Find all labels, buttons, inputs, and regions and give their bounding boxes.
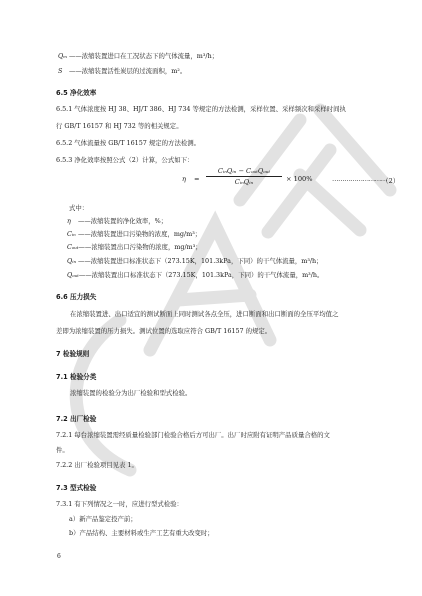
def-text: 浓缩装置进口在工况状态下的气体流量，m³/h； bbox=[82, 52, 218, 60]
def-c-in: Cᵢₙ——浓缩装置进口污染物的浓度，mg/m³； bbox=[67, 230, 201, 239]
def-text: 浓缩装置进口标准状态下（273.15K，101.3kPa，下同）的干气体流量，m… bbox=[91, 257, 323, 265]
def-dash: —— bbox=[78, 217, 91, 225]
def-dash: —— bbox=[69, 52, 82, 60]
heading-6-6: 6.6 压力损失 bbox=[56, 293, 96, 302]
heading-7-2: 7.2 出厂检验 bbox=[56, 415, 96, 424]
def-s-area: S——浓缩装置活性炭层的过流面积，m²。 bbox=[58, 67, 186, 76]
def-symbol: η bbox=[67, 217, 78, 226]
heading-6-5: 6.5 净化效率 bbox=[56, 89, 96, 98]
formula-number: （2） bbox=[382, 175, 399, 185]
para-7-2-1-line2: 件。 bbox=[56, 446, 69, 455]
formula-equals: = bbox=[194, 175, 200, 183]
para-6-5-3: 6.5.3 净化效率按照公式（2）计算，公式如下： bbox=[56, 156, 193, 165]
para-7-3-1: 7.3.1 有下列情况之一时，应进行型式检验： bbox=[56, 500, 183, 509]
document-page: Qₘ——浓缩装置进口在工况状态下的气体流量，m³/h； S——浓缩装置活性炭层的… bbox=[0, 0, 422, 596]
para-7-1: 浓缩装置的检验分为出厂检验和型式检验。 bbox=[70, 389, 191, 398]
def-text: 浓缩装置活性炭层的过流面积，m²。 bbox=[82, 67, 186, 75]
para-7-2-2: 7.2.2 出厂检验项目见表 1。 bbox=[56, 461, 138, 470]
formula-fraction: CᵢₙQᵢₙ − CₒᵤₜQₒᵤₜ CᵢₙQᵢₙ bbox=[206, 167, 282, 186]
list-item-a: a）新产品鉴定投产前； bbox=[69, 515, 137, 524]
def-eta: η——浓缩装置的净化效率，%； bbox=[67, 217, 167, 226]
def-dash: —— bbox=[78, 243, 91, 251]
heading-7-1: 7.1 检验分类 bbox=[56, 373, 96, 382]
para-6-5-1-line1: 6.5.1 气体浓度按 HJ 38、HJ/T 386、HJ 734 等规定的方法… bbox=[56, 105, 346, 114]
def-text: 浓缩装置的净化效率，%； bbox=[91, 217, 167, 225]
def-q-working: Qₘ——浓缩装置进口在工况状态下的气体流量，m³/h； bbox=[58, 52, 218, 61]
def-symbol: Qᵢₙ bbox=[67, 257, 78, 266]
def-text: 浓缩装置进口污染物的浓度，mg/m³； bbox=[91, 230, 201, 238]
efficiency-formula: η = CᵢₙQᵢₙ − CₒᵤₜQₒᵤₜ CᵢₙQᵢₙ × 100% …………… bbox=[172, 166, 412, 196]
def-symbol: Cᵢₙ bbox=[67, 230, 78, 239]
def-symbol: Qₒᵤₜ bbox=[67, 271, 79, 280]
heading-7: 7 检验规则 bbox=[56, 350, 89, 359]
formula-numerator: CᵢₙQᵢₙ − CₒᵤₜQₒᵤₜ bbox=[206, 167, 282, 177]
def-c-out: Cₒᵤₜ——浓缩装置出口污染物的浓度，mg/m³； bbox=[67, 243, 202, 252]
def-dash: —— bbox=[69, 67, 82, 75]
where-label: 式中： bbox=[69, 204, 88, 213]
def-text: 浓缩装置出口标准状态下（273.15K，101.3kPa，下同）的干气体流量，m… bbox=[92, 271, 324, 279]
formula-denominator: CᵢₙQᵢₙ bbox=[206, 177, 282, 186]
formula-lhs: η bbox=[182, 175, 186, 183]
formula-multiplier: × 100% bbox=[286, 175, 312, 183]
para-6-6-line2: 差即为浓缩装置的压力损失。测试位置的选取应符合 GB/T 16157 的规定。 bbox=[56, 327, 271, 336]
formula-leader-dots: ……………………… bbox=[332, 175, 387, 183]
def-dash: —— bbox=[78, 230, 91, 238]
def-symbol: S bbox=[58, 67, 69, 76]
def-symbol: Cₒᵤₜ bbox=[67, 243, 78, 252]
page-number: 6 bbox=[57, 553, 61, 560]
def-text: 浓缩装置出口污染物的浓度，mg/m³； bbox=[91, 243, 201, 251]
def-dash: —— bbox=[79, 271, 92, 279]
para-7-2-1-line1: 7.2.1 每台浓缩装置需经质量检验部门检验合格后方可出厂。出厂时应附有证明产品… bbox=[56, 431, 330, 440]
def-symbol: Qₘ bbox=[58, 52, 69, 61]
para-6-5-2: 6.5.2 气体流量按 GB/T 16157 规定的方法检测。 bbox=[56, 139, 200, 148]
heading-7-3: 7.3 型式检验 bbox=[56, 484, 96, 493]
def-dash: —— bbox=[78, 257, 91, 265]
def-q-in: Qᵢₙ——浓缩装置进口标准状态下（273.15K，101.3kPa，下同）的干气… bbox=[67, 257, 323, 266]
para-6-6-line1: 在浓缩装置进、出口适宜的测试断面上同时测试各点全压，进口断面和出口断面的全压平均… bbox=[70, 310, 338, 319]
list-item-b: b）产品结构、主要材料或生产工艺有重大改变时； bbox=[69, 529, 214, 538]
def-q-out: Qₒᵤₜ——浓缩装置出口标准状态下（273.15K，101.3kPa，下同）的干… bbox=[67, 271, 323, 280]
para-6-5-1-line2: 行 GB/T 16157 和 HJ 732 等的相关规定。 bbox=[56, 122, 183, 131]
